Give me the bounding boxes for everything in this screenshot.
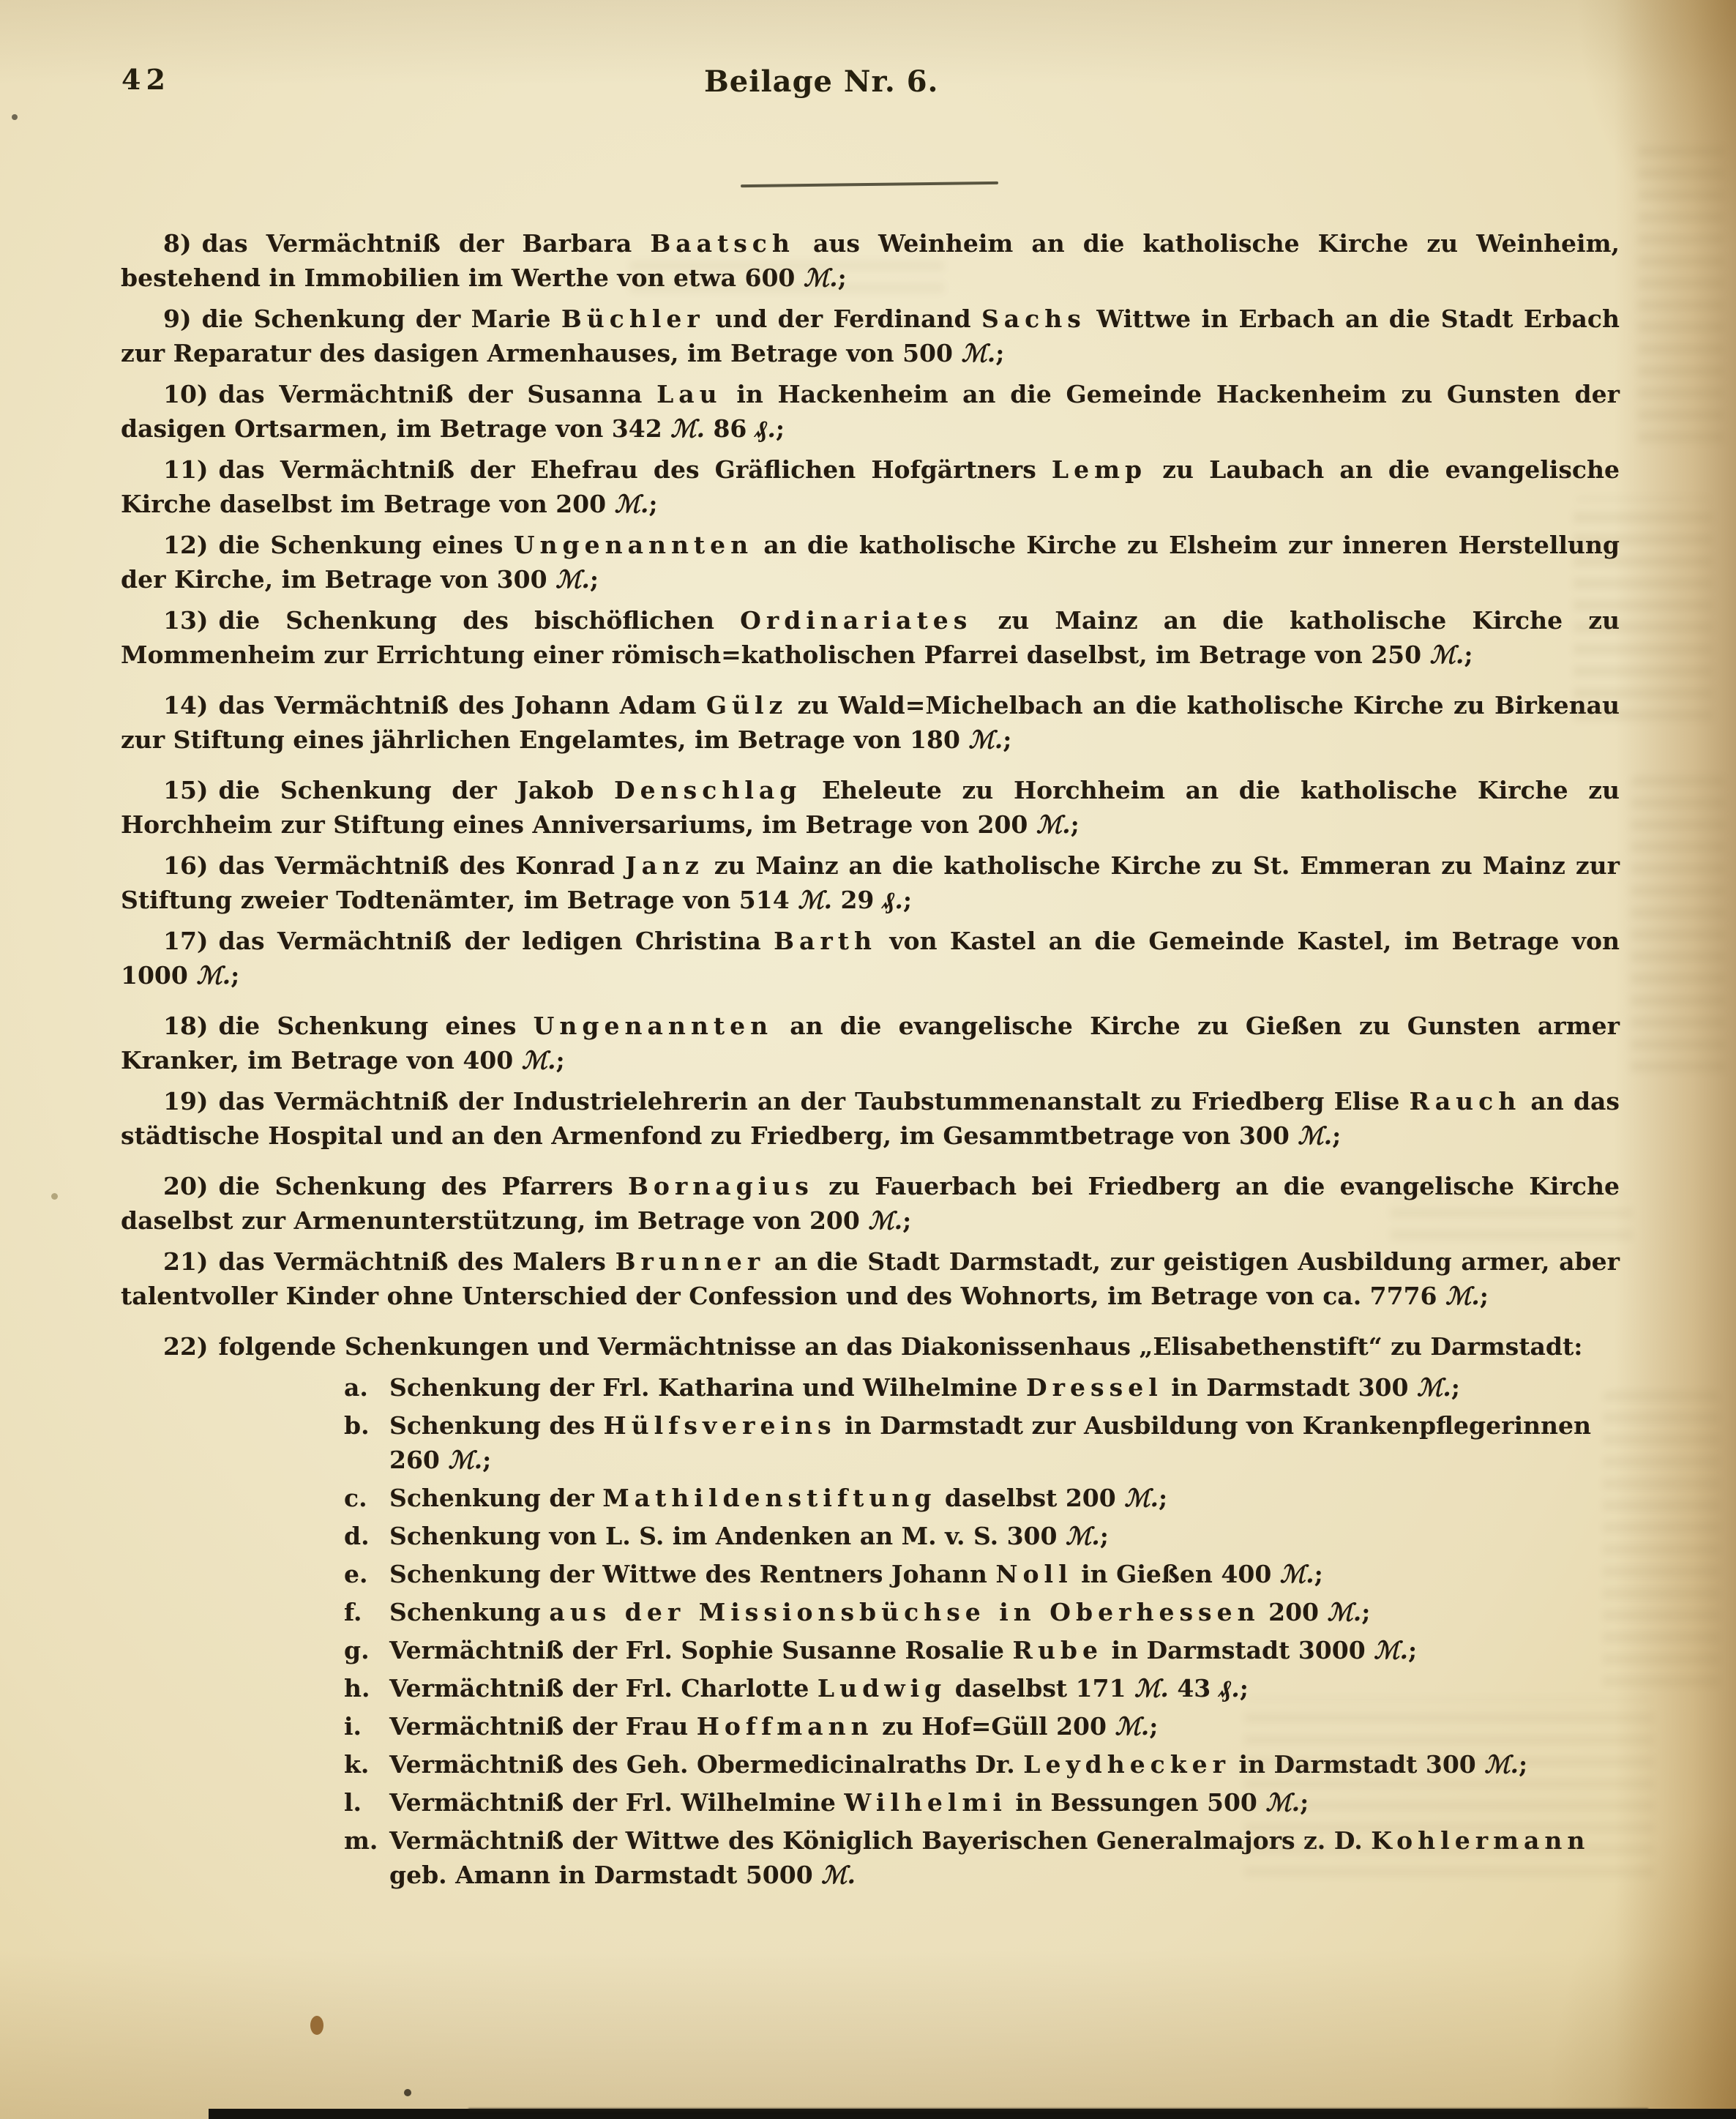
text-segment: Dressel bbox=[1026, 1373, 1163, 1402]
text-segment: Denschlag bbox=[614, 776, 801, 804]
text-segment: das Vermächtniß der Ehefrau des Gräflich… bbox=[219, 455, 1052, 484]
text-segment: Ordinariates bbox=[740, 606, 972, 635]
item-marker: 8) bbox=[163, 229, 202, 258]
list-item: 16)das Vermächtniß des Konrad Janz zu Ma… bbox=[121, 848, 1620, 917]
text-segment: ℳ. bbox=[1417, 1373, 1451, 1402]
text-segment: die Schenkung der Jakob bbox=[219, 776, 615, 804]
sub-list-item: a.Schenkung der Frl. Katharina und Wilhe… bbox=[344, 1370, 1620, 1405]
text-segment: Rauch bbox=[1410, 1087, 1522, 1115]
text-segment: ; bbox=[1451, 1373, 1460, 1402]
item-marker: d. bbox=[344, 1519, 370, 1553]
item-marker: b. bbox=[344, 1408, 370, 1443]
text-segment: die Schenkung des Pfarrers bbox=[219, 1172, 628, 1200]
text-segment: ; bbox=[902, 1206, 911, 1235]
text-segment: Vermächtniß der Wittwe des Königlich Bay… bbox=[389, 1826, 1371, 1855]
text-segment: ₰. bbox=[883, 886, 903, 914]
text-segment: ; bbox=[1003, 725, 1011, 754]
text-segment: Büchler bbox=[561, 304, 705, 333]
text-segment: Rube bbox=[1013, 1636, 1104, 1664]
paper-stain bbox=[404, 2089, 411, 2096]
list-item: 11)das Vermächtniß der Ehefrau des Gräfl… bbox=[121, 452, 1620, 521]
text-segment: Vermächtniß der Frau bbox=[389, 1712, 697, 1741]
item-marker: c. bbox=[344, 1481, 367, 1515]
scan-edge-shadow bbox=[468, 2108, 1648, 2112]
text-segment: ℳ. bbox=[1328, 1598, 1362, 1626]
text-segment: Vermächtniß der Frl. Charlotte bbox=[389, 1674, 818, 1703]
text-segment: 29 bbox=[832, 886, 883, 914]
list-item: 12)die Schenkung eines Ungenannten an di… bbox=[121, 528, 1620, 597]
text-segment: ; bbox=[1314, 1560, 1323, 1588]
text-segment: ℳ. bbox=[448, 1446, 482, 1474]
text-segment: Hoffmann bbox=[697, 1712, 874, 1741]
text-segment: in Bessungen 500 bbox=[1007, 1788, 1265, 1817]
text-segment: ℳ. bbox=[1115, 1712, 1149, 1741]
text-segment: ; bbox=[1100, 1522, 1109, 1550]
title-underline bbox=[741, 182, 998, 187]
text-segment: das Vermächtniß der ledigen Christina bbox=[219, 927, 774, 955]
bleed-through bbox=[1391, 1193, 1632, 1252]
text-segment: ℳ. bbox=[555, 565, 590, 594]
item-marker: 17) bbox=[163, 927, 219, 955]
list-item: 19)das Vermächtniß der Industrielehrerin… bbox=[121, 1084, 1620, 1153]
item-marker: 13) bbox=[163, 606, 219, 635]
text-segment: ℳ. bbox=[1445, 1282, 1480, 1310]
text-segment: Brunner bbox=[616, 1247, 766, 1276]
item-marker: i. bbox=[344, 1709, 362, 1744]
text-segment: in Darmstadt 3000 bbox=[1103, 1636, 1374, 1664]
sub-list-item: c.Schenkung der Mathildenstiftung daselb… bbox=[344, 1481, 1620, 1515]
sub-list-item: e.Schenkung der Wittwe des Rentners Joha… bbox=[344, 1557, 1620, 1591]
text-segment: Mathildenstiftung bbox=[602, 1484, 936, 1512]
paper-stain bbox=[51, 1193, 58, 1200]
text-segment: Hülfsvereins bbox=[603, 1411, 836, 1440]
bleed-through bbox=[1244, 1698, 1654, 1888]
item-marker: 15) bbox=[163, 776, 219, 804]
item-marker: 18) bbox=[163, 1012, 219, 1040]
text-segment: aus der Missionsbüchse in Oberhessen bbox=[549, 1598, 1260, 1626]
text-segment: Schenkung der Frl. Katharina und Wilhelm… bbox=[389, 1373, 1026, 1402]
text-segment: in Gießen 400 bbox=[1073, 1560, 1280, 1588]
text-segment: in Darmstadt 300 bbox=[1163, 1373, 1417, 1402]
list-item: 9)die Schenkung der Marie Büchler und de… bbox=[121, 302, 1620, 370]
item-marker: 20) bbox=[163, 1172, 219, 1200]
sub-list-item: f.Schenkung aus der Missionsbüchse in Ob… bbox=[344, 1595, 1620, 1629]
text-segment: zu Hof=Güll 200 bbox=[874, 1712, 1115, 1741]
page-title: Beilage Nr. 6. bbox=[704, 64, 938, 99]
text-segment: und der Ferdinand bbox=[705, 304, 981, 333]
text-segment: ; bbox=[648, 490, 657, 518]
item-marker: l. bbox=[344, 1785, 362, 1820]
text-segment: ₰. bbox=[1219, 1674, 1240, 1703]
paper-stain bbox=[310, 2016, 323, 2035]
text-segment: Vermächtniß der Frl. Sophie Susanne Rosa… bbox=[389, 1636, 1013, 1664]
item-marker: 16) bbox=[163, 851, 219, 880]
text-segment: ℳ. bbox=[968, 725, 1003, 754]
text-segment: 86 bbox=[705, 414, 755, 443]
text-segment: ℳ. bbox=[1280, 1560, 1314, 1588]
text-segment: ; bbox=[1071, 810, 1080, 839]
text-segment: ℳ. bbox=[821, 1861, 856, 1889]
text-segment: ℳ. bbox=[1298, 1121, 1332, 1150]
text-segment: ; bbox=[1159, 1484, 1167, 1512]
text-segment: ; bbox=[776, 414, 785, 443]
text-segment: ; bbox=[590, 565, 599, 594]
text-segment: Janz bbox=[625, 851, 704, 880]
text-segment: ; bbox=[1464, 640, 1473, 669]
text-segment: Schenkung der Wittwe des Rentners Johann bbox=[389, 1560, 995, 1588]
text-segment: geb. Amann in Darmstadt 5000 bbox=[389, 1861, 821, 1889]
text-segment: Bornagius bbox=[628, 1172, 814, 1200]
text-segment: ℳ. bbox=[961, 339, 995, 367]
text-segment: Schenkung bbox=[389, 1598, 549, 1626]
text-segment: ; bbox=[903, 886, 912, 914]
text-segment: ₰. bbox=[755, 414, 776, 443]
list-item: 14)das Vermächtniß des Johann Adam Gülz … bbox=[121, 688, 1620, 757]
text-segment: Lemp bbox=[1052, 455, 1147, 484]
text-segment: 43 bbox=[1169, 1674, 1219, 1703]
text-segment: Ungenannten bbox=[534, 1012, 773, 1040]
text-segment: daselbst 171 bbox=[946, 1674, 1134, 1703]
sub-list-item: b.Schenkung des Hülfsvereins in Darmstad… bbox=[344, 1408, 1620, 1477]
list-item: 10)das Vermächtniß der Susanna Lau in Ha… bbox=[121, 377, 1620, 446]
text-segment: Lau bbox=[656, 380, 722, 408]
bequest-list: 8)das Vermächtniß der Barbara Baatsch au… bbox=[121, 220, 1620, 1896]
item-marker: 10) bbox=[163, 380, 219, 408]
text-segment: ; bbox=[1240, 1674, 1249, 1703]
text-segment: ; bbox=[1332, 1121, 1341, 1150]
text-segment: ; bbox=[482, 1446, 491, 1474]
list-item: 22)folgende Schenkungen und Vermächtniss… bbox=[121, 1329, 1620, 1364]
text-segment: ℳ. bbox=[522, 1046, 556, 1075]
item-marker: 14) bbox=[163, 691, 219, 720]
text-segment: daselbst 200 bbox=[936, 1484, 1124, 1512]
bleed-through bbox=[629, 258, 944, 304]
item-marker: m. bbox=[344, 1823, 378, 1858]
text-segment: ℳ. bbox=[615, 490, 649, 518]
text-segment: ℳ. bbox=[798, 886, 832, 914]
text-segment: Noll bbox=[995, 1560, 1072, 1588]
sub-list-item: g.Vermächtniß der Frl. Sophie Susanne Ro… bbox=[344, 1633, 1620, 1667]
text-segment: ; bbox=[1480, 1282, 1489, 1310]
text-segment: ; bbox=[995, 339, 1004, 367]
text-segment: das Vermächtniß der Barbara bbox=[202, 229, 651, 258]
text-segment: das Vermächtniß der Susanna bbox=[219, 380, 657, 408]
item-marker: f. bbox=[344, 1595, 362, 1629]
list-item: 17)das Vermächtniß der ledigen Christina… bbox=[121, 924, 1620, 993]
item-marker: a. bbox=[344, 1370, 368, 1405]
item-marker: e. bbox=[344, 1557, 367, 1591]
text-segment: die Schenkung eines bbox=[219, 531, 514, 559]
bleed-through bbox=[1638, 139, 1724, 454]
text-segment: Ungenannten bbox=[514, 531, 753, 559]
text-segment: Barth bbox=[774, 927, 877, 955]
text-segment: ℳ. bbox=[1134, 1674, 1169, 1703]
item-marker: 11) bbox=[163, 455, 219, 484]
text-segment: Wilhelmi bbox=[844, 1788, 1007, 1817]
list-item: 21)das Vermächtniß des Malers Brunner an… bbox=[121, 1244, 1620, 1313]
text-segment: die Schenkung der Marie bbox=[202, 304, 561, 333]
text-segment: ℳ. bbox=[1374, 1636, 1408, 1664]
sub-list-item: d.Schenkung von L. S. im Andenken an M. … bbox=[344, 1519, 1620, 1553]
text-segment: Vermächtniß der Frl. Wilhelmine bbox=[389, 1788, 844, 1817]
item-marker: k. bbox=[344, 1747, 369, 1782]
text-segment: Baatsch bbox=[650, 229, 795, 258]
text-segment: ℳ. bbox=[1036, 810, 1071, 839]
item-marker: g. bbox=[344, 1633, 370, 1667]
text-segment: ; bbox=[1149, 1712, 1158, 1741]
text-segment: das Vermächtniß des Johann Adam bbox=[219, 691, 706, 720]
text-segment: 200 bbox=[1260, 1598, 1328, 1626]
text-segment: Schenkung von L. S. im Andenken an M. v.… bbox=[389, 1522, 1066, 1550]
item-marker: 21) bbox=[163, 1247, 219, 1276]
text-segment: Leydhecker bbox=[1023, 1750, 1230, 1779]
text-segment: ℳ. bbox=[868, 1206, 902, 1235]
item-marker: 9) bbox=[163, 304, 202, 333]
text-segment: das Vermächtniß des Malers bbox=[219, 1247, 616, 1276]
bleed-through bbox=[1574, 498, 1713, 732]
list-item: 15)die Schenkung der Jakob Denschlag Ehe… bbox=[121, 773, 1620, 842]
text-segment: ℳ. bbox=[1430, 640, 1464, 669]
text-segment: Schenkung des bbox=[389, 1411, 603, 1440]
item-marker: h. bbox=[344, 1671, 370, 1705]
text-segment: Sachs bbox=[981, 304, 1086, 333]
text-segment: Ludwig bbox=[818, 1674, 946, 1703]
text-segment: ℳ. bbox=[1066, 1522, 1100, 1550]
text-segment: ; bbox=[1408, 1636, 1417, 1664]
page-number: 42 bbox=[121, 63, 171, 96]
item-marker: 19) bbox=[163, 1087, 219, 1115]
text-segment: Schenkung der bbox=[389, 1484, 602, 1512]
paper-stain bbox=[12, 114, 18, 120]
text-segment: ; bbox=[231, 961, 239, 990]
text-segment: ; bbox=[556, 1046, 565, 1075]
text-segment: das Vermächtniß des Konrad bbox=[219, 851, 625, 880]
text-segment: das Vermächtniß der Industrielehrerin an… bbox=[219, 1087, 1410, 1115]
item-marker: 22) bbox=[163, 1332, 219, 1361]
text-segment: Vermächtniß des Geh. Obermedicinalraths … bbox=[389, 1750, 1023, 1779]
text-segment: die Schenkung eines bbox=[219, 1012, 534, 1040]
text-segment: ℳ. bbox=[1124, 1484, 1159, 1512]
text-segment: ℳ. bbox=[196, 961, 231, 990]
text-segment: folgende Schenkungen und Vermächtnisse a… bbox=[219, 1332, 1583, 1361]
text-segment: die Schenkung des bischöflichen bbox=[219, 606, 741, 635]
bleed-through bbox=[1631, 776, 1726, 1083]
bleed-through bbox=[1603, 1391, 1720, 1698]
text-segment: Gülz bbox=[706, 691, 787, 720]
text-segment: ; bbox=[1361, 1598, 1370, 1626]
scanned-page: 42 Beilage Nr. 6. 8)das Vermächtniß der … bbox=[0, 0, 1736, 2119]
item-marker: 12) bbox=[163, 531, 219, 559]
list-item: 13)die Schenkung des bischöflichen Ordin… bbox=[121, 603, 1620, 672]
text-segment: ℳ. bbox=[670, 414, 705, 443]
list-item: 18)die Schenkung eines Ungenannten an di… bbox=[121, 1009, 1620, 1077]
